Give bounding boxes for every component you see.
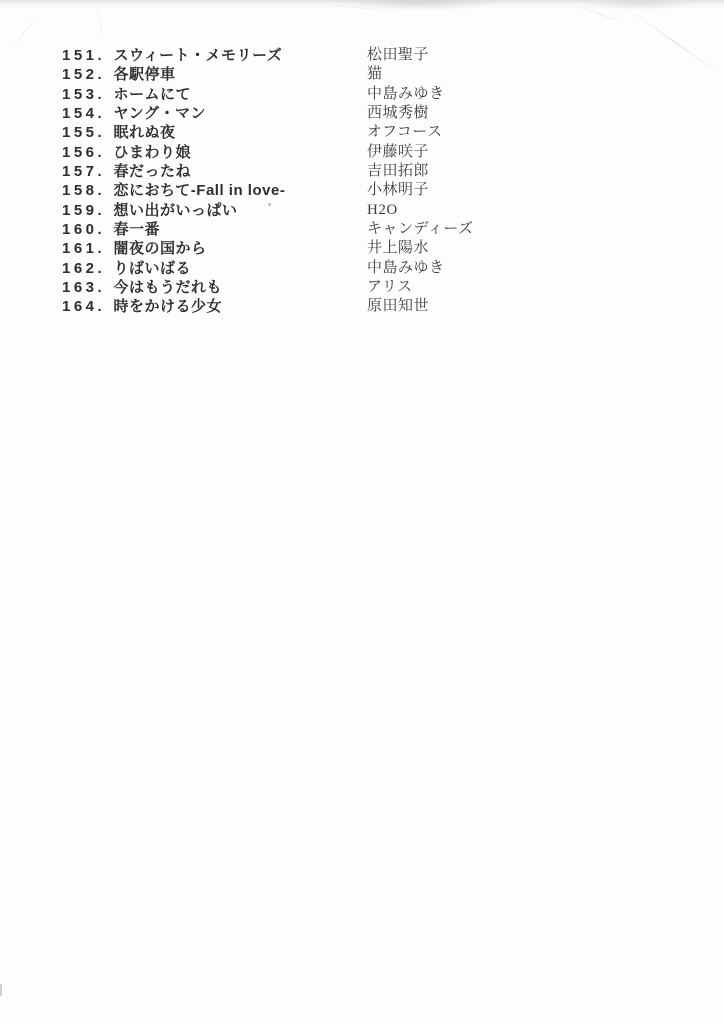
song-number: 155. (62, 123, 109, 142)
song-title: 春だったね (113, 163, 191, 180)
song-row: 164. 時をかける少女 原田知世 (62, 297, 662, 316)
song-artist: 中島みゆき (367, 85, 445, 104)
song-artist: 猫 (367, 65, 383, 84)
song-artist: 吉田拓郎 (367, 162, 429, 181)
song-number: 157. (62, 162, 109, 181)
song-row: 152. 各駅停車 猫 (62, 65, 662, 84)
scanned-page: 151. スウィート・メモリーズ 松田聖子 152. 各駅停車 猫 153. ホ… (0, 0, 724, 1024)
song-number: 153. (62, 85, 109, 104)
song-artist: 原田知世 (367, 297, 429, 316)
song-title: 恋におちて-Fall in love- (113, 182, 285, 199)
song-row: 163. 今はもうだれも アリス (62, 278, 662, 297)
song-number: 151. (62, 46, 109, 65)
song-artist: 井上陽水 (367, 239, 429, 258)
song-row: 155. 眠れぬ夜 オフコース (62, 123, 662, 142)
song-artist: H2O (367, 201, 398, 220)
paper-crease (8, 14, 38, 52)
song-title: 想い出がいっぱい (113, 202, 237, 219)
song-title: 各駅停車 (113, 66, 175, 83)
song-number: 161. (62, 239, 109, 258)
song-artist: 伊藤咲子 (367, 143, 429, 162)
paper-crease (95, 2, 105, 43)
song-number: 162. (62, 259, 109, 278)
song-row: 162. りばいばる 中島みゆき (62, 259, 662, 278)
song-number: 154. (62, 104, 109, 123)
song-number: 163. (62, 278, 109, 297)
song-artist: アリス (367, 278, 413, 297)
song-title: ひまわり娘 (113, 144, 191, 161)
song-number: 152. (62, 65, 109, 84)
song-title: りばいばる (113, 260, 191, 277)
paper-crease (568, 2, 634, 27)
song-row: 156. ひまわり娘 伊藤咲子 (62, 143, 662, 162)
paper-crease (300, 1, 390, 11)
song-row: 154. ヤング・マン 西城秀樹 (62, 104, 662, 123)
song-row: 160. 春一番 キャンディーズ (62, 220, 662, 239)
song-title: ホームにて (113, 86, 191, 103)
song-row: 153. ホームにて 中島みゆき (62, 85, 662, 104)
song-artist: オフコース (367, 123, 443, 142)
song-title: 今はもうだれも (113, 279, 222, 296)
song-artist: 中島みゆき (367, 259, 445, 278)
song-title: 時をかける少女 (113, 298, 222, 315)
song-artist: 松田聖子 (367, 46, 429, 65)
song-title: 春一番 (113, 221, 160, 238)
song-list: 151. スウィート・メモリーズ 松田聖子 152. 各駅停車 猫 153. ホ… (62, 46, 662, 317)
song-number: 159. (62, 201, 109, 220)
song-row: 157. 春だったね 吉田拓郎 (62, 162, 662, 181)
song-artist: キャンディーズ (367, 220, 474, 239)
song-number: 158. (62, 181, 109, 200)
song-title: ヤング・マン (113, 105, 206, 122)
song-artist: 西城秀樹 (367, 104, 429, 123)
song-row: 158. 恋におちて-Fall in love- 小林明子 (62, 181, 662, 200)
song-number: 160. (62, 220, 109, 239)
song-row: 151. スウィート・メモリーズ 松田聖子 (62, 46, 662, 65)
song-title: 闇夜の国から (113, 240, 206, 257)
song-number: 164. (62, 297, 109, 316)
song-row: 159. 想い出がいっぱい H2O (62, 201, 662, 220)
song-title: 眠れぬ夜 (113, 124, 175, 141)
song-number: 156. (62, 143, 109, 162)
song-row: 161. 闇夜の国から 井上陽水 (62, 239, 662, 258)
song-artist: 小林明子 (367, 181, 429, 200)
scan-edge-mark (0, 984, 2, 996)
song-title: スウィート・メモリーズ (113, 47, 282, 64)
